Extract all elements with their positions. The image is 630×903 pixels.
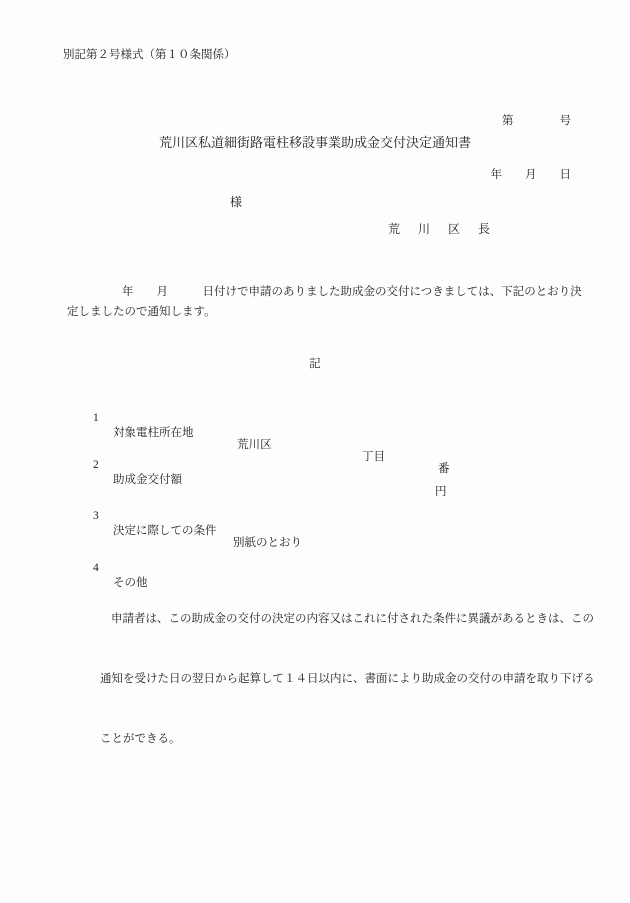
item-4-paragraph-line-2: 通知を受けた日の翌日から起算して１４日以内に、書面により助成金の交付の申請を取り…	[100, 669, 592, 689]
item-4-paragraph: 申請者は、この助成金の交付の決定の内容又はこれに付された条件に異議があるときは、…	[100, 569, 592, 789]
sender-signature: 荒 川 区 長	[388, 220, 493, 237]
item-row-2-grant-amount: 2 助成金交付額 円	[0, 447, 630, 463]
item-4-paragraph-line-1: 申請者は、この助成金の交付の決定の内容又はこれに付された条件に異議があるときは、…	[100, 609, 592, 629]
intro-paragraph-line-2: 定しましたので通知します。	[67, 303, 216, 319]
item-1-number: 1	[93, 412, 99, 424]
date-line: 年 月 日	[491, 166, 572, 184]
document-title: 荒川区私道細街路電柱移設事業助成金交付決定通知書	[0, 132, 630, 151]
addressee-suffix-label: 様	[230, 193, 242, 210]
item-2-label: 助成金交付額	[113, 471, 182, 487]
item-3-number: 3	[93, 510, 99, 522]
section-marker-ki: 記	[0, 355, 630, 371]
document-number-line: 第 号	[491, 112, 572, 130]
intro-paragraph-line-1: 年 月 日付けで申請のありました助成金の交付につきましては、下記のとおり決	[122, 283, 582, 299]
item-4-paragraph-line-3: ことができる。	[100, 729, 592, 749]
item-row-3-conditions: 3 決定に際しての条件 別紙のとおり	[0, 498, 630, 514]
form-reference-label: 別記第２号様式（第１０条関係）	[63, 46, 236, 62]
item-row-1-pole-location: 1 対象電柱所在地 荒川区 丁目 番	[0, 400, 630, 416]
notice-document-page: 別記第２号様式（第１０条関係） 第 号 年 月 日 荒川区私道細街路電柱移設事業…	[0, 0, 630, 903]
item-3-value: 別紙のとおり	[233, 534, 302, 550]
item-row-4-other: 4 その他	[0, 550, 630, 566]
item-2-number: 2	[93, 459, 99, 471]
item-3-label: 決定に際しての条件	[113, 522, 217, 538]
item-2-yen-unit: 円	[435, 483, 447, 499]
item-4-number: 4	[93, 562, 99, 574]
item-1-label: 対象電柱所在地	[113, 424, 194, 440]
